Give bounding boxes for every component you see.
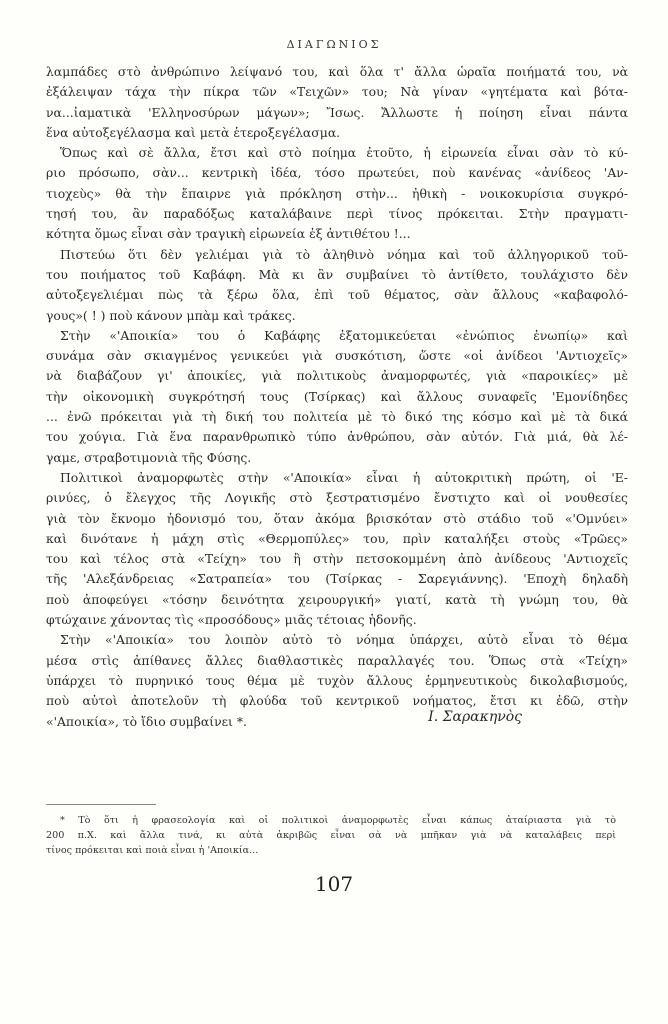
text-line: συνάμα σὰν σκιαγμένος γενικεύει γιὰ συσκ… xyxy=(46,346,628,366)
text-line: αὐτοξεγελιέμαι πὼς τὰ ξέρω ὅλα, ἐπὶ τοῦ … xyxy=(46,285,628,305)
text-line: τὴν οἰκονομικὴ συγκρότησή τους (Τσίρκας)… xyxy=(46,387,628,407)
text-line: γιὰ τὸν ἔκνομο ἡδονισμό του, ὅταν ἀκόμα … xyxy=(46,509,628,529)
text-line: Ὅπως καὶ σὲ ἄλλα, ἔτσι καὶ στὸ ποίημα ἐτ… xyxy=(46,143,628,163)
text-line: Στὴν «'Αποικία» του ὁ Καβάφης ἐξατομικεύ… xyxy=(46,326,628,346)
text-line: γαμε, στραβοτιμονιὰ τῆς Φύσης. xyxy=(46,448,628,468)
text-line: φτώχαινε χάνοντας τὶς «προσόδους» μιᾶς τ… xyxy=(46,610,628,630)
running-head-title: ΔΙΑΓΩΝΙΟΣ xyxy=(0,38,668,51)
text-line: λαμπάδες στὸ ἀνθρώπινο λείψανό του, καὶ … xyxy=(46,62,628,82)
text-line: τῆς 'Αλεξάνδρειας «Σατραπεία» του (Τσίρκ… xyxy=(46,569,628,589)
text-line: νὰ διαβάζουν γι' ἀποικίες, γιὰ πολιτικοὺ… xyxy=(46,366,628,386)
text-line: καὶ δινότανε ἡ μάχη στὶς «Θερμοπύλες» το… xyxy=(46,529,628,549)
footnote: * Τὸ ὅτι ἡ φρασεολογία καὶ οἱ πολιτικοὶ … xyxy=(46,813,616,858)
article-body: λαμπάδες στὸ ἀνθρώπινο λείψανό του, καὶ … xyxy=(46,62,628,732)
text-line: τησή του, ἂν παραδόξως καταλάβαινε περὶ … xyxy=(46,204,628,224)
text-line: ... ἐνῶ πρόκειται γιὰ τὴ δική του πολιτε… xyxy=(46,407,628,427)
text-line: γους»( ! ) ποὺ κάνουν μπὰμ καὶ τράκες. xyxy=(46,306,628,326)
footnote-line: 200 π.Χ. καὶ ἄλλα τινά, κι αὐτὰ ἀκριβῶς … xyxy=(46,828,616,843)
footnote-divider xyxy=(46,804,156,805)
text-line: ἐξάλειψαν τάχα τὴν πίκρα τῶν «Τειχῶν» το… xyxy=(46,82,628,102)
text-line: να...ἰαματικὰ 'Ελληνοσύρων μάγων»; Ἴσως.… xyxy=(46,103,628,123)
text-line: του ποιήματος τοῦ Καβάφη. Μὰ κι ἂν συμβα… xyxy=(46,265,628,285)
text-line: Στὴν «'Αποικία» του λοιπὸν αὐτὸ τὸ νόημα… xyxy=(46,630,628,650)
text-line: ἕνα αὐτοξεγέλασμα καὶ μετὰ ἑτεροξεγέλασμ… xyxy=(46,123,628,143)
footnote-line: * Τὸ ὅτι ἡ φρασεολογία καὶ οἱ πολιτικοὶ … xyxy=(46,813,616,828)
text-line: του καὶ τέλος στὰ «Τείχη» του ἢ στὴν πετ… xyxy=(46,549,628,569)
text-line: ὑπάρχει τὸ πυρηνικό τους θέμα μὲ τυχὸν ἄ… xyxy=(46,671,628,691)
text-line: ριο πρόσωπο, σὰν... κεντρικὴ ἰδέα, τόσο … xyxy=(46,163,628,183)
text-line: ρινύες, ὁ ἔλεγχος τῆς Λογικῆς στὸ ξεστρα… xyxy=(46,488,628,508)
footnote-line: τίνος πρόκειται καὶ ποιὰ εἶναι ἡ 'Αποικί… xyxy=(46,843,616,858)
text-line: Πιστεύω ὅτι δὲν γελιέμαι γιὰ τὸ ἀληθινὸ … xyxy=(46,245,628,265)
text-line: του χούγια. Γιὰ ἕνα παρανθρωπικὸ τύπο ἀν… xyxy=(46,427,628,447)
author-signature: Ι. Σαρακηνὸς xyxy=(0,709,522,725)
text-line: κότητα ὅμως εἶναι σὰν τραγικὴ εἰρωνεία ἐ… xyxy=(46,224,628,244)
text-line: Πολιτικοὶ ἀναμορφωτὲς στὴν «'Αποικία» εἶ… xyxy=(46,468,628,488)
text-line: ποὺ ἀποφεύγει «τόσην δεινότητα χειρουργι… xyxy=(46,590,628,610)
text-line: τιοχεὺς» θὰ τὴν ἔπαιρνε γιὰ πρόκληση στὴ… xyxy=(46,184,628,204)
text-line: μέσα στὶς ἀπίθανες ἄλλες διαθλαστικὲς πα… xyxy=(46,651,628,671)
page-number: 107 xyxy=(0,872,668,896)
